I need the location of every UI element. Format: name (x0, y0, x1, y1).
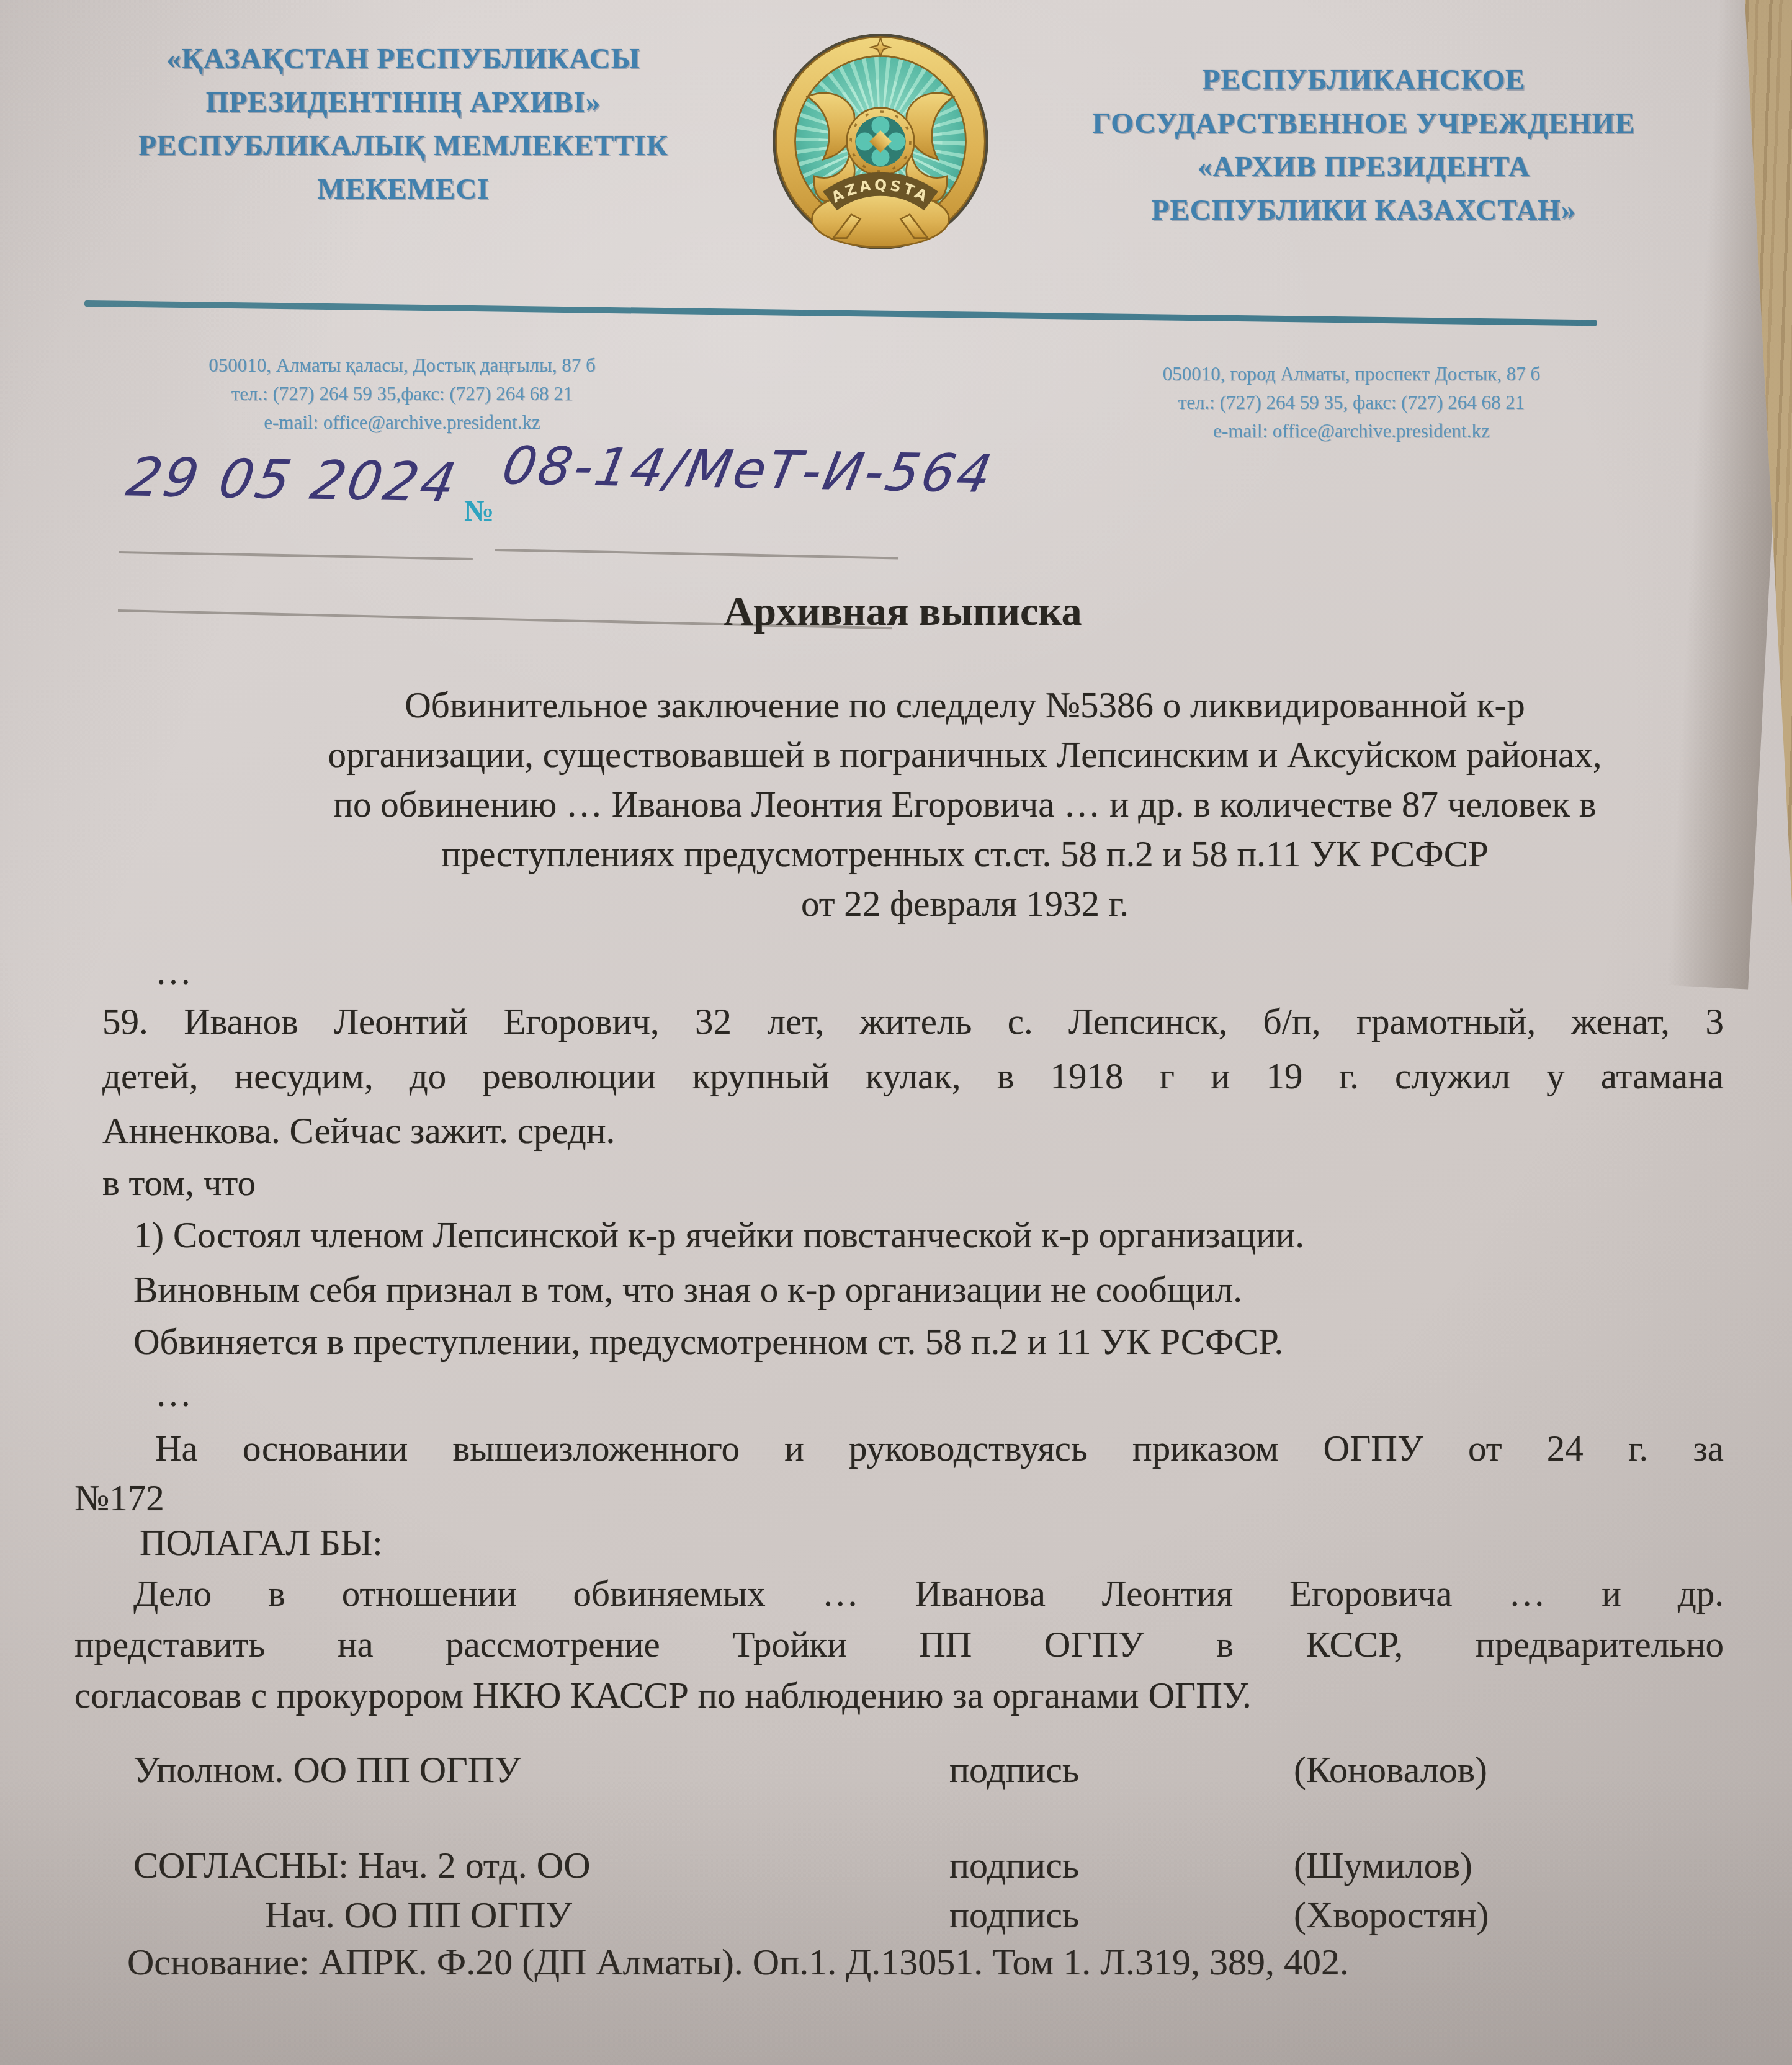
signature-label: подпись (949, 1844, 1294, 1887)
signature-name: (Коновалов) (1294, 1749, 1724, 1791)
reference-date-text: 29 05 2024 (122, 446, 463, 514)
intro-line: Обвинительное заключение по следделу №53… (211, 680, 1719, 730)
form-underline-number (495, 549, 898, 560)
body-line-59-3: Анненкова. Сейчас зажит. средн. (102, 1109, 1724, 1152)
address-line: 050010, Алматы қаласы, Достық даңғылы, 8… (92, 351, 712, 380)
address-line: e-mail: office@archive.president.kz (1035, 417, 1668, 446)
address-line: тел.: (727) 264 59 35,факс: (727) 264 68… (92, 380, 712, 408)
signature-name: (Шумилов) (1294, 1844, 1724, 1887)
body-line-delo-2: представить на рассмотрение Тройки ПП ОГ… (74, 1623, 1724, 1666)
signature-role: Уполном. ОО ПП ОГПУ (133, 1749, 949, 1791)
org-kk-line: МЕКЕМЕСІ (74, 168, 732, 211)
address-block-russian: 050010, город Алматы, проспект Достык, 8… (1035, 360, 1668, 446)
body-line-delo-3: согласовав с прокурором НКЮ КАССР по наб… (74, 1674, 1724, 1717)
body-line-vtom: в том, что (102, 1162, 1724, 1204)
org-kk-line: РЕСПУБЛИКАЛЫҚ МЕМЛЕКЕТТІК (74, 124, 732, 168)
org-kk-line: «ҚАЗАҚСТАН РЕСПУБЛИКАСЫ (74, 37, 732, 81)
org-ru-line: ГОСУДАРСТВЕННОЕ УЧРЕЖДЕНИЕ (1010, 102, 1718, 145)
numero-sign: № (464, 494, 494, 528)
body-line-vinovnym: Виновным себя признал в том, что зная о … (133, 1268, 1724, 1311)
body-line-obvinyaetsya: Обвиняется в преступлении, предусмотренн… (133, 1320, 1724, 1363)
ellipsis-line: … (155, 951, 1724, 993)
signature-role: Нач. ОО ПП ОГПУ (133, 1894, 949, 1937)
address-line: e-mail: office@archive.president.kz (92, 408, 712, 437)
body-line-59-1: 59. Иванов Леонтий Егорович, 32 лет, жит… (102, 1000, 1724, 1043)
body-line-n172: №172 (74, 1477, 1724, 1520)
org-ru-line: РЕСПУБЛИКИ КАЗАХСТАН» (1010, 189, 1718, 232)
body-line-59-2: детей, несудим, до революции крупный кул… (102, 1055, 1724, 1098)
address-block-kazakh: 050010, Алматы қаласы, Достық даңғылы, 8… (92, 351, 712, 437)
archival-extract-photo: «ҚАЗАҚСТАН РЕСПУБЛИКАСЫ ПРЕЗИДЕНТІНІҢ АР… (0, 0, 1792, 2065)
address-line: тел.: (727) 264 59 35, факс: (727) 264 6… (1035, 388, 1668, 417)
reference-date-handwritten: 29 05 2024 (127, 449, 457, 511)
intro-paragraph: Обвинительное заключение по следделу №53… (211, 680, 1719, 928)
intro-line: преступлениях предусмотренных ст.ст. 58 … (211, 829, 1719, 879)
intro-line: по обвинению … Иванова Леонтия Егоровича… (211, 779, 1719, 829)
basis-line: Основание: АПРК. Ф.20 (ДП Алматы). Оп.1.… (127, 1941, 1349, 1984)
intro-line: организации, существовавшей в пограничны… (211, 730, 1719, 779)
ellipsis-line: … (155, 1373, 1724, 1415)
reference-number-text: 08-14/МеТ-И-564 (498, 435, 999, 504)
org-ru-line: РЕСПУБЛИКАНСКОЕ (1010, 58, 1718, 102)
paper-sheet: «ҚАЗАҚСТАН РЕСПУБЛИКАСЫ ПРЕЗИДЕНТІНІҢ АР… (0, 0, 1792, 2065)
letterhead-org-name-russian: РЕСПУБЛИКАНСКОЕ ГОСУДАРСТВЕННОЕ УЧРЕЖДЕН… (1010, 58, 1718, 232)
signature-row: Уполном. ОО ПП ОГПУ подпись (Коновалов) (133, 1749, 1724, 1791)
body-line-item1: 1) Состоял членом Лепсинской к-р ячейки … (133, 1214, 1724, 1256)
body-line-delo-1: Дело в отношении обвиняемых … Иванова Ле… (133, 1572, 1724, 1615)
letterhead-org-name-kazakh: «ҚАЗАҚСТАН РЕСПУБЛИКАСЫ ПРЕЗИДЕНТІНІҢ АР… (74, 37, 732, 211)
signature-role: СОГЛАСНЫ: Нач. 2 отд. ОО (133, 1844, 949, 1887)
signature-row: Нач. ОО ПП ОГПУ подпись (Хворостян) (133, 1894, 1724, 1937)
reference-number-handwritten: 08-14/МеТ-И-564 (503, 439, 994, 501)
signature-label: подпись (949, 1749, 1294, 1791)
document-title: Архивная выписка (186, 588, 1620, 635)
signature-name: (Хворостян) (1294, 1894, 1724, 1937)
signature-label: подпись (949, 1894, 1294, 1937)
body-line-osnovanii: На основании вышеизложенного и руководст… (155, 1427, 1724, 1470)
address-line: 050010, город Алматы, проспект Достык, 8… (1035, 360, 1668, 388)
kazakhstan-emblem-icon: QAZAQSTAN (768, 25, 993, 258)
signature-row: СОГЛАСНЫ: Нач. 2 отд. ОО подпись (Шумило… (133, 1844, 1724, 1887)
letterhead-divider-rule (84, 300, 1597, 326)
body-line-polagal: ПОЛАГАЛ БЫ: (140, 1521, 1724, 1564)
intro-line: от 22 февраля 1932 г. (211, 879, 1719, 928)
org-kk-line: ПРЕЗИДЕНТІНІҢ АРХИВІ» (74, 81, 732, 124)
org-ru-line: «АРХИВ ПРЕЗИДЕНТА (1010, 145, 1718, 189)
form-underline-date (119, 551, 473, 560)
